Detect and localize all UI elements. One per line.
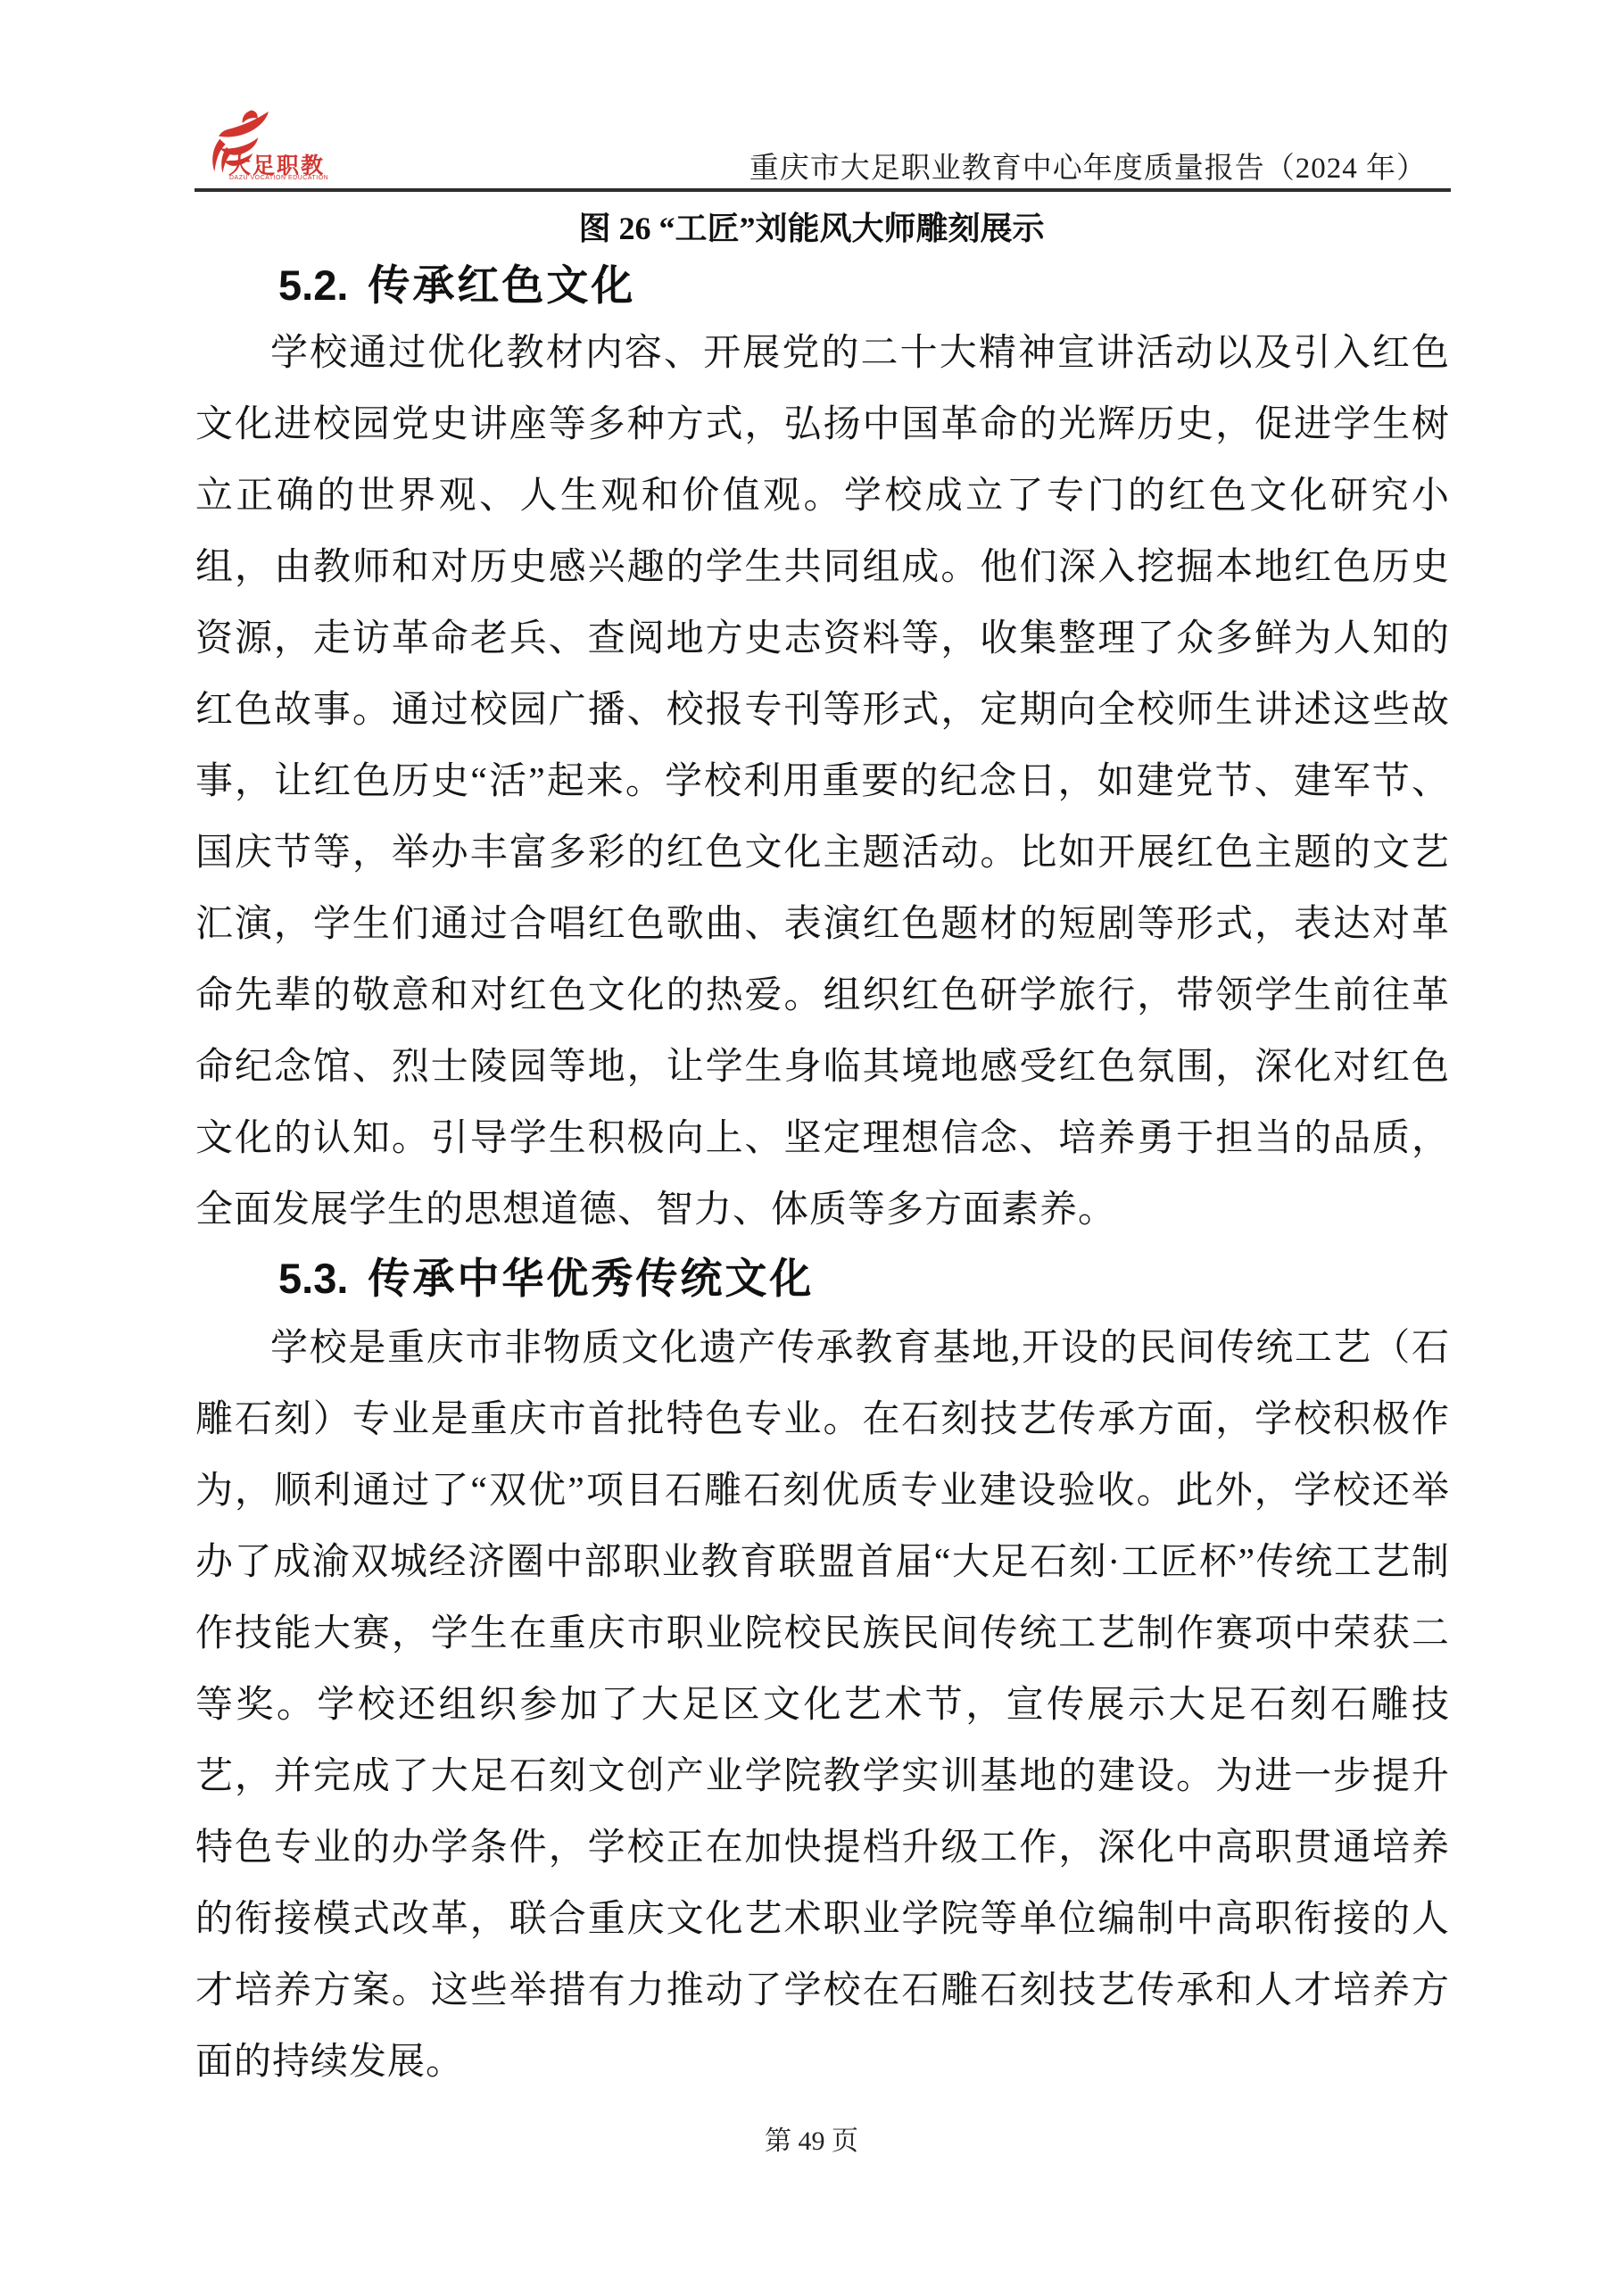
section-body-5-3: 学校是重庆市非物质文化遗产传承教育基地,开设的民间传统工艺（石雕石刻）专业是重庆… bbox=[195, 1313, 1450, 2098]
page-number: 第 49 页 bbox=[0, 2118, 1623, 2158]
section-heading-5-2: 5.2.传承红色文化 bbox=[278, 253, 635, 312]
logo-subtext: DAZU VOCATION EDUCATION bbox=[229, 175, 328, 181]
figure-caption: 图 26 “工匠”刘能风大师雕刻展示 bbox=[0, 203, 1623, 249]
section-number: 5.2. bbox=[278, 261, 348, 309]
section-body-5-2: 学校通过优化教材内容、开展党的二十大精神宣讲活动以及引入红色文化进校园党史讲座等… bbox=[195, 318, 1450, 1246]
section-title: 传承红色文化 bbox=[368, 263, 635, 310]
section-number: 5.3. bbox=[278, 1255, 348, 1302]
school-logo: 大足职教 DAZU VOCATION EDUCATION bbox=[198, 109, 296, 184]
section-title: 传承中华优秀传统文化 bbox=[368, 1256, 814, 1303]
document-page: 大足职教 DAZU VOCATION EDUCATION 重庆市大足职业教育中心… bbox=[0, 0, 1623, 2296]
header-divider bbox=[195, 188, 1451, 192]
section-heading-5-3: 5.3.传承中华优秀传统文化 bbox=[278, 1246, 814, 1305]
report-header-title: 重庆市大足职业教育中心年度质量报告（2024 年） bbox=[749, 145, 1427, 186]
